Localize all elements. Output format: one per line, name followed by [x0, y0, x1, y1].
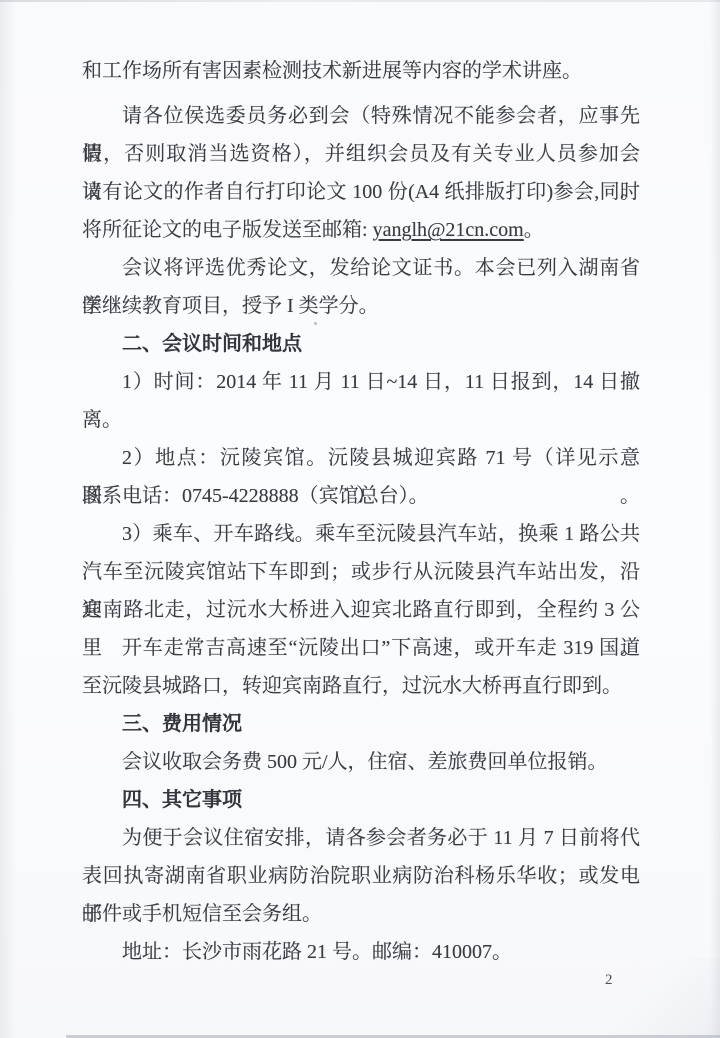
text-line: 地址：长沙市雨花路 21 号。邮编：410007。 — [82, 933, 640, 971]
text-line: 假，否则取消当选资格），并组织会员及有关专业人员参加会议。 — [82, 135, 640, 173]
text-line: 开车走常吉高速至“沅陵出口”下高速，或开车走 319 国道 — [82, 629, 640, 667]
scan-edge-left — [0, 0, 16, 1038]
document-body: 和工作场所有害因素检测技术新进展等内容的学术讲座。 请各位侯选委员务必到会（特殊… — [82, 52, 640, 971]
scan-edge-right — [710, 0, 720, 1038]
text-line: 2）地点：沅陵宾馆。沅陵县城迎宾路 71 号（详见示意图）。 — [82, 439, 640, 477]
email-line-suffix: 。 — [524, 219, 544, 241]
text-line: 和工作场所有害因素检测技术新进展等内容的学术讲座。 — [82, 52, 640, 90]
text-line: 会议收取会务费 500 元/人，住宿、差旅费回单位报销。 — [82, 743, 640, 781]
section-heading-3: 三、费用情况 — [82, 705, 640, 743]
text-line-email: 将所征论文的电子版发送至邮箱: yanglh@21cn.com。 — [82, 211, 640, 249]
scan-edge-top — [0, 0, 720, 2]
text-line: 表回执寄湖南省职业病防治院职业病防治科杨乐华收；或发电子 — [82, 857, 640, 895]
text-line: 宾南路北走，过沅水大桥进入迎宾北路直行即到，全程约 3 公里。 — [82, 591, 640, 629]
page-number: 2 — [605, 969, 613, 991]
email-line-prefix: 将所征论文的电子版发送至邮箱: — [82, 219, 373, 241]
text-line: 学继续教育项目，授予 I 类学分。 — [82, 287, 640, 325]
text-line: 1）时间：2014 年 11 月 11 日~14 日，11 日报到，14 日撤 — [82, 363, 640, 401]
section-heading-4: 四、其它事项 — [82, 781, 640, 819]
text-line: 请有论文的作者自行打印论文 100 份(A4 纸排版打印)参会,同时 — [82, 173, 640, 211]
text-line: 请各位侯选委员务必到会（特殊情况不能参会者，应事先请 — [82, 97, 640, 135]
text-line: 为便于会议住宿安排，请各参会者务必于 11 月 7 日前将代 — [82, 819, 640, 857]
text-line: 汽车至沅陵宾馆站下车即到；或步行从沅陵县汽车站出发，沿迎 — [82, 553, 640, 591]
text-line: 至沅陵县城路口，转迎宾南路直行，过沅水大桥再直行即到。 — [82, 667, 640, 705]
section-heading-2: 二、会议时间和地点 — [82, 325, 640, 363]
scanned-document-page: 和工作场所有害因素检测技术新进展等内容的学术讲座。 请各位侯选委员务必到会（特殊… — [0, 0, 720, 1038]
text-line: 3）乘车、开车路线。乘车至沅陵县汽车站，换乘 1 路公共 — [82, 515, 640, 553]
text-line: 会议将评选优秀论文，发给论文证书。本会已列入湖南省医 — [82, 249, 640, 287]
text-line: 离。 — [82, 401, 640, 439]
email-address: yanglh@21cn.com — [373, 219, 524, 241]
text-line: 邮件或手机短信至会务组。 — [82, 895, 640, 933]
